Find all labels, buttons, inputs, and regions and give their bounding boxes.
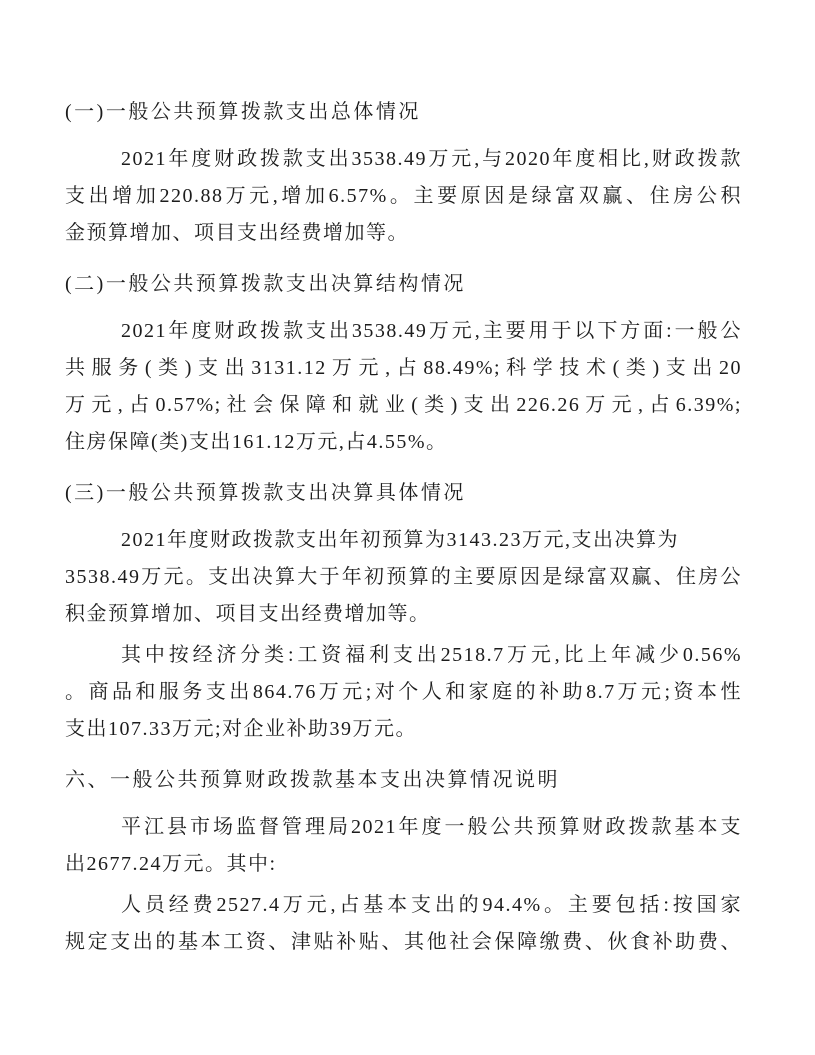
text-line: 住房保障(类)支出161.12万元,占4.55%。 [65, 424, 742, 461]
text-line: 规定支出的基本工资、津贴补贴、其他社会保障缴费、伙食补助费、 [65, 924, 742, 961]
text-line: 3538.49万元。支出决算大于年初预算的主要原因是绿富双赢、住房公 [65, 559, 742, 596]
text-line: 。商品和服务支出864.76万元;对个人和家庭的补助8.7万元;资本性 [65, 674, 742, 711]
paragraph: 其中按经济分类:工资福利支出2518.7万元,比上年减少0.56% 。商品和服务… [65, 637, 742, 748]
text-line: 共服务(类)支出3131.12万元,占88.49%;科学技术(类)支出20 [65, 350, 742, 387]
section-heading: (一)一般公共预算拨款支出总体情况 [65, 94, 742, 131]
paragraph: 2021年度财政拨款支出3538.49万元,主要用于以下方面:一般公 共服务(类… [65, 313, 742, 461]
text-line: 积金预算增加、项目支出经费增加等。 [65, 596, 742, 633]
text-line: 支出107.33万元;对企业补助39万元。 [65, 711, 742, 748]
text-line: 出2677.24万元。其中: [65, 846, 742, 883]
text-line: 人员经费2527.4万元,占基本支出的94.4%。主要包括:按国家 [65, 887, 742, 924]
text-line: 支出增加220.88万元,增加6.57%。主要原因是绿富双赢、住房公积 [65, 178, 742, 215]
text-line: 2021年度财政拨款支出3538.49万元,主要用于以下方面:一般公 [65, 313, 742, 350]
text-line: 平江县市场监督管理局2021年度一般公共预算财政拨款基本支 [65, 809, 742, 846]
paragraph: 人员经费2527.4万元,占基本支出的94.4%。主要包括:按国家 规定支出的基… [65, 887, 742, 961]
text-line: 金预算增加、项目支出经费增加等。 [65, 215, 742, 252]
text-line: 其中按经济分类:工资福利支出2518.7万元,比上年减少0.56% [65, 637, 742, 674]
section-heading: 六、一般公共预算财政拨款基本支出决算情况说明 [65, 762, 742, 799]
paragraph: 2021年度财政拨款支出3538.49万元,与2020年度相比,财政拨款 支出增… [65, 141, 742, 252]
text-line: 2021年度财政拨款支出年初预算为3143.23万元,支出决算为 [65, 522, 742, 559]
document-page: (一)一般公共预算拨款支出总体情况 2021年度财政拨款支出3538.49万元,… [0, 0, 815, 1055]
section-expenditure-structure: (二)一般公共预算拨款支出决算结构情况 2021年度财政拨款支出3538.49万… [65, 266, 742, 461]
paragraph: 平江县市场监督管理局2021年度一般公共预算财政拨款基本支 出2677.24万元… [65, 809, 742, 883]
paragraph: 2021年度财政拨款支出年初预算为3143.23万元,支出决算为 3538.49… [65, 522, 742, 633]
section-general-expenditure-overview: (一)一般公共预算拨款支出总体情况 2021年度财政拨款支出3538.49万元,… [65, 94, 742, 252]
text-line: 万元,占0.57%;社会保障和就业(类)支出226.26万元,占6.39%; [65, 387, 742, 424]
section-expenditure-details: (三)一般公共预算拨款支出决算具体情况 2021年度财政拨款支出年初预算为314… [65, 475, 742, 748]
text-line: 2021年度财政拨款支出3538.49万元,与2020年度相比,财政拨款 [65, 141, 742, 178]
section-heading: (二)一般公共预算拨款支出决算结构情况 [65, 266, 742, 303]
section-heading: (三)一般公共预算拨款支出决算具体情况 [65, 475, 742, 512]
section-basic-expenditure-statement: 六、一般公共预算财政拨款基本支出决算情况说明 平江县市场监督管理局2021年度一… [65, 762, 742, 961]
